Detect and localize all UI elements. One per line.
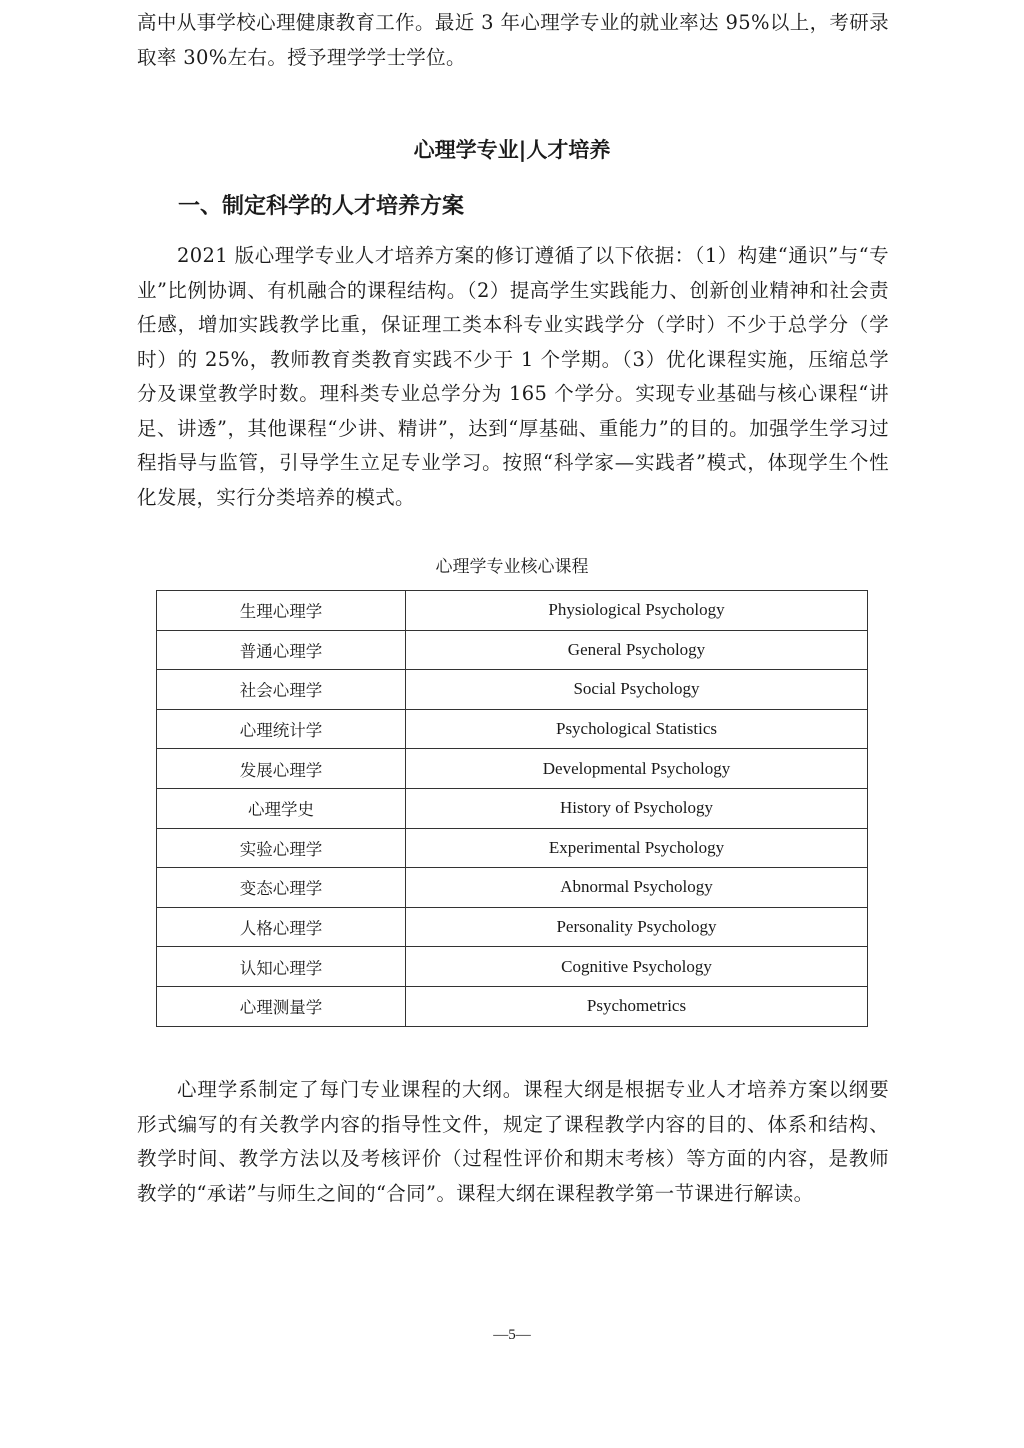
table-row: 实验心理学 Experimental Psychology (157, 828, 868, 868)
table-caption: 心理学专业核心课程 (0, 553, 1024, 581)
heading-training-plan: 一、制定科学的人才培养方案 (178, 190, 464, 224)
table-row: 人格心理学 Personality Psychology (157, 907, 868, 947)
table-row: 认知心理学 Cognitive Psychology (157, 947, 868, 987)
table-row: 发展心理学 Developmental Psychology (157, 749, 868, 789)
paragraph-training-plan: 2021 版心理学专业人才培养方案的修订遵循了以下依据：（1）构建“通识”与“专… (137, 239, 889, 515)
course-name-en: History of Psychology (406, 788, 868, 828)
course-name-zh: 心理统计学 (157, 709, 406, 749)
table-row: 心理学史 History of Psychology (157, 788, 868, 828)
table-row: 心理测量学 Psychometrics (157, 986, 868, 1026)
course-name-en: Physiological Psychology (406, 591, 868, 631)
course-name-zh: 普通心理学 (157, 630, 406, 670)
paragraph-syllabus: 心理学系制定了每门专业课程的大纲。课程大纲是根据专业人才培养方案以纲要形式编写的… (137, 1073, 889, 1211)
course-name-zh: 人格心理学 (157, 907, 406, 947)
course-name-en: Personality Psychology (406, 907, 868, 947)
table-row: 心理统计学 Psychological Statistics (157, 709, 868, 749)
document-page: 高中从事学校心理健康教育工作。最近 3 年心理学专业的就业率达 95%以上，考研… (0, 0, 1024, 1448)
course-name-zh: 实验心理学 (157, 828, 406, 868)
course-name-zh: 心理测量学 (157, 986, 406, 1026)
page-number: —5— (0, 1325, 1024, 1345)
section-title: 心理学专业|人才培养 (0, 133, 1024, 167)
course-name-en: Abnormal Psychology (406, 868, 868, 908)
course-name-en: Psychometrics (406, 986, 868, 1026)
table-row: 生理心理学 Physiological Psychology (157, 591, 868, 631)
course-name-en: Developmental Psychology (406, 749, 868, 789)
course-name-zh: 发展心理学 (157, 749, 406, 789)
intro-paragraph-tail: 高中从事学校心理健康教育工作。最近 3 年心理学专业的就业率达 95%以上，考研… (137, 6, 889, 75)
course-name-zh: 心理学史 (157, 788, 406, 828)
course-name-en: General Psychology (406, 630, 868, 670)
course-name-zh: 社会心理学 (157, 670, 406, 710)
course-name-en: Cognitive Psychology (406, 947, 868, 987)
table-row: 普通心理学 General Psychology (157, 630, 868, 670)
course-name-zh: 认知心理学 (157, 947, 406, 987)
course-name-en: Psychological Statistics (406, 709, 868, 749)
core-courses-table: 生理心理学 Physiological Psychology 普通心理学 Gen… (156, 590, 868, 1027)
table-row: 社会心理学 Social Psychology (157, 670, 868, 710)
course-name-en: Experimental Psychology (406, 828, 868, 868)
course-name-en: Social Psychology (406, 670, 868, 710)
course-name-zh: 生理心理学 (157, 591, 406, 631)
table-row: 变态心理学 Abnormal Psychology (157, 868, 868, 908)
course-name-zh: 变态心理学 (157, 868, 406, 908)
